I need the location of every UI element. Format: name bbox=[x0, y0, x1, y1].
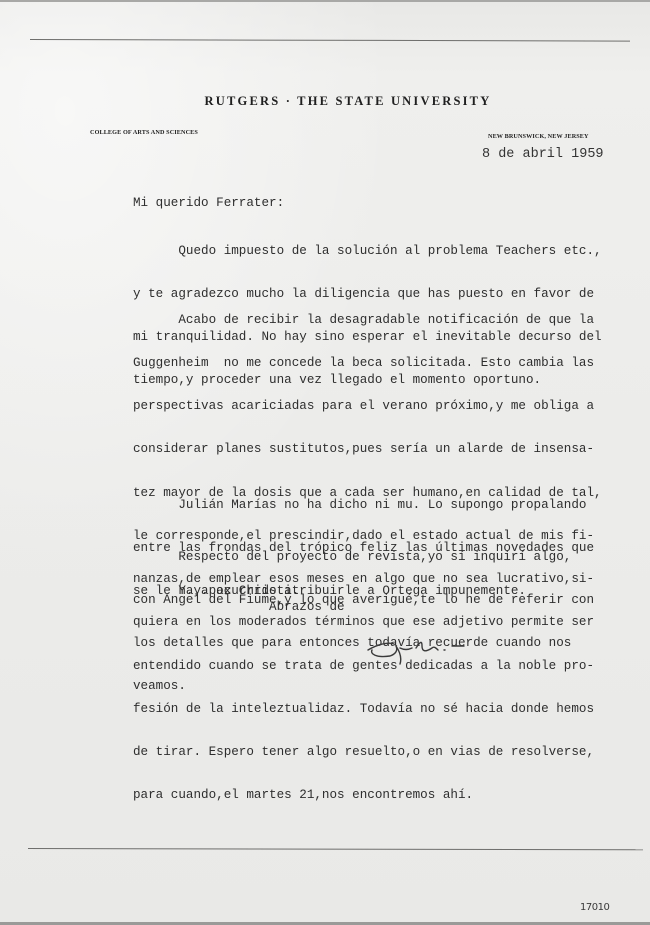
salutation: Mi querido Ferrater: bbox=[133, 196, 284, 210]
archive-number: 17010 bbox=[580, 902, 609, 913]
paragraph-line: Quedo impuesto de la solución al problem… bbox=[133, 244, 602, 258]
paragraph-line: de tirar. Espero tener algo resuelto,o e… bbox=[133, 745, 602, 759]
letterhead-college: COLLEGE OF ARTS AND SCIENCES bbox=[90, 129, 198, 136]
paragraph-line: Respecto del proyecto de revista,yo sí i… bbox=[133, 550, 594, 564]
paragraph-line: perspectivas acariciadas para el verano … bbox=[133, 399, 602, 413]
page-top-edge bbox=[0, 0, 650, 2]
closing-sign-off: Abrazos de bbox=[133, 600, 345, 614]
paragraph-line: Guggenheim no me concede la beca solicit… bbox=[133, 356, 602, 370]
paragraph-line: Julián Marías no ha dicho ni mu. Lo supo… bbox=[133, 498, 594, 512]
paragraph-4: Respecto del proyecto de revista,yo sí i… bbox=[133, 521, 594, 723]
signature-icon bbox=[360, 628, 490, 668]
letterhead-institution: RUTGERS · THE STATE UNIVERSITY bbox=[0, 94, 650, 109]
letter-page: RUTGERS · THE STATE UNIVERSITY COLLEGE O… bbox=[0, 0, 650, 925]
bottom-rule-line bbox=[28, 848, 643, 850]
paragraph-line: Acabo de recibir la desagradable notific… bbox=[133, 313, 602, 327]
paragraph-line: veamos. bbox=[133, 679, 594, 693]
paragraph-line: considerar planes sustitutos,pues sería … bbox=[133, 442, 602, 456]
top-rule-line bbox=[30, 39, 630, 42]
paragraph-line: para cuando,el martes 21,nos encontremos… bbox=[133, 788, 602, 802]
letter-date: 8 de abril 1959 bbox=[482, 147, 604, 162]
closing-line: Y...pax Christi. bbox=[133, 584, 299, 598]
letterhead-location: NEW BRUNSWICK, NEW JERSEY bbox=[488, 133, 589, 140]
